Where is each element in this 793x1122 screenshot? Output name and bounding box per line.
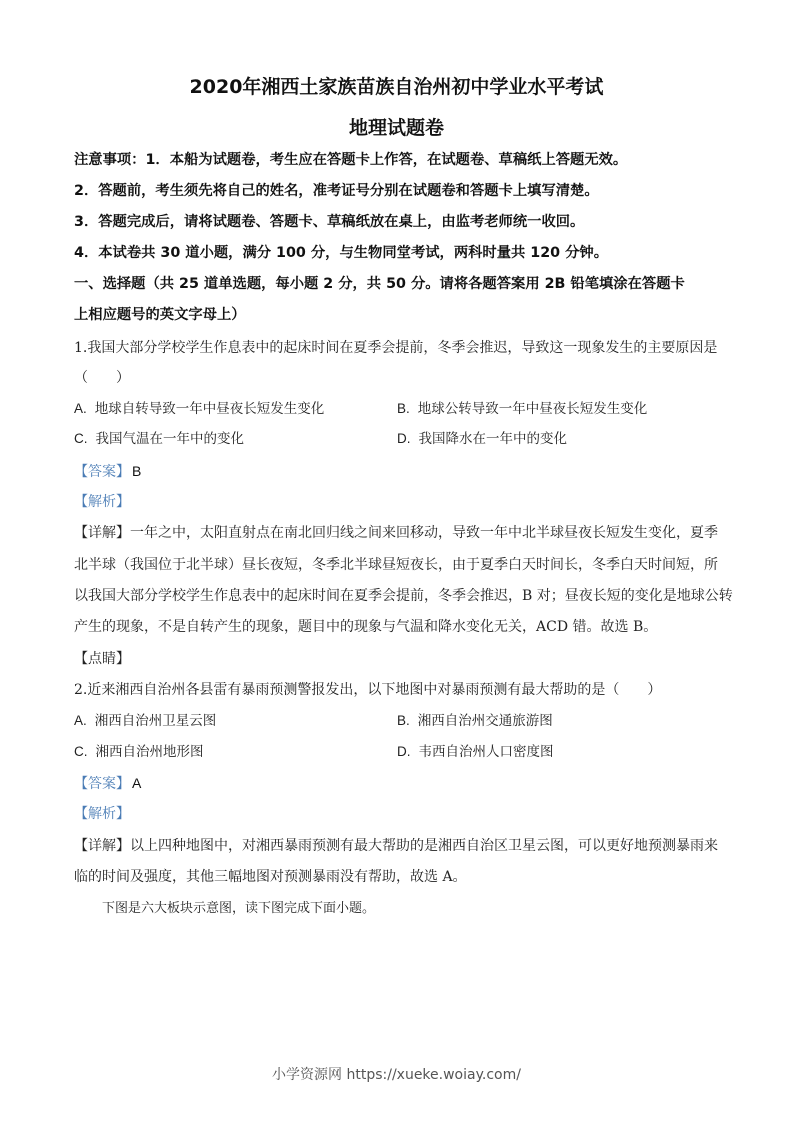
exam-page: 2020年湘西土家族苗族自治州初中学业水平考试 地理试题卷 注意事项：1．本船为… — [0, 0, 793, 1122]
notice-line-4: 4．本试卷共 30 道小题，满分 100 分，与生物同堂考试，两科时量共 120… — [74, 243, 608, 263]
section-heading-line-2: 上相应题号的英文字母上） — [74, 305, 246, 325]
q2-answer: 【答案】A — [74, 773, 141, 794]
watermark-footer: 小学资源网 https://xueke.woiay.com/ — [0, 1064, 793, 1084]
q1-option-d: D.我国降水在一年中的变化 — [397, 429, 567, 449]
q2-option-c: C.湘西自治州地形图 — [74, 742, 204, 762]
q2-option-a: A.湘西自治州卫星云图 — [74, 711, 216, 731]
q2-option-d: D.韦西自治州人口密度图 — [397, 742, 554, 762]
section-heading-line-1: 一、选择题（共 25 道单选题，每小题 2 分，共 50 分。请将各题答案用 2… — [74, 274, 685, 294]
exam-subtitle: 地理试题卷 — [0, 113, 793, 140]
answer-label: 【答案】 — [74, 776, 130, 792]
q2-stem: 2.近来湘西自治州各县雷有暴雨预测警报发出，以下地图中对暴雨预测有最大帮助的是（… — [74, 680, 661, 700]
q1-analysis-label: 【解析】 — [74, 492, 130, 512]
q1-stem-bracket: （ ） — [74, 368, 130, 388]
answer-label: 【答案】 — [74, 464, 130, 480]
answer-value: A — [132, 775, 141, 791]
q1-detail-line-3: 以我国大部分学校学生作息表中的起床时间在夏季会提前，冬季会推迟，B 对；昼夜长短… — [74, 586, 733, 606]
q1-stem: 1.我国大部分学校学生作息表中的起床时间在夏季会提前，冬季会推迟，导致这一现象发… — [74, 338, 717, 358]
q1-option-c: C.我国气温在一年中的变化 — [74, 429, 244, 449]
answer-value: B — [132, 463, 141, 479]
notice-line-3: 3．答题完成后，请将试题卷、答题卡、草稿纸放在桌上，由监考老师统一收回。 — [74, 212, 584, 232]
notice-line-2: 2．答题前，考生须先将自己的姓名，准考证号分别在试题卷和答题卡上填写清楚。 — [74, 181, 599, 201]
q1-comment-label: 【点睛】 — [74, 649, 130, 669]
next-questions-intro: 下图是六大板块示意图，读下图完成下面小题。 — [102, 899, 375, 919]
notice-line-1: 注意事项：1．本船为试题卷，考生应在答题卡上作答，在试题卷、草稿纸上答题无效。 — [74, 150, 627, 170]
exam-title: 2020年湘西土家族苗族自治州初中学业水平考试 — [0, 72, 793, 99]
q1-detail-line-4: 产生的现象，不是自转产生的现象，题目中的现象与气温和降水变化无关，ACD 错。故… — [74, 617, 657, 637]
q2-detail-line-2: 临的时间及强度，其他三幅地图对预测暴雨没有帮助，故选 A。 — [74, 867, 467, 887]
q1-detail-line-2: 北半球（我国位于北半球）昼长夜短，冬季北半球昼短夜长，由于夏季白天时间长，冬季白… — [74, 555, 718, 575]
q2-analysis-label: 【解析】 — [74, 804, 130, 824]
q1-option-b: B.地球公转导致一年中昼夜长短发生变化 — [397, 399, 647, 419]
q2-detail-line-1: 【详解】以上四种地图中，对湘西暴雨预测有最大帮助的是湘西自治区卫星云图，可以更好… — [74, 836, 718, 856]
q2-option-b: B.湘西自治州交通旅游图 — [397, 711, 553, 731]
q1-detail-line-1: 【详解】一年之中，太阳直射点在南北回归线之间来回移动，导致一年中北半球昼夜长短发… — [74, 523, 718, 543]
q1-answer: 【答案】B — [74, 461, 141, 482]
q1-option-a: A.地球自转导致一年中昼夜长短发生变化 — [74, 399, 324, 419]
